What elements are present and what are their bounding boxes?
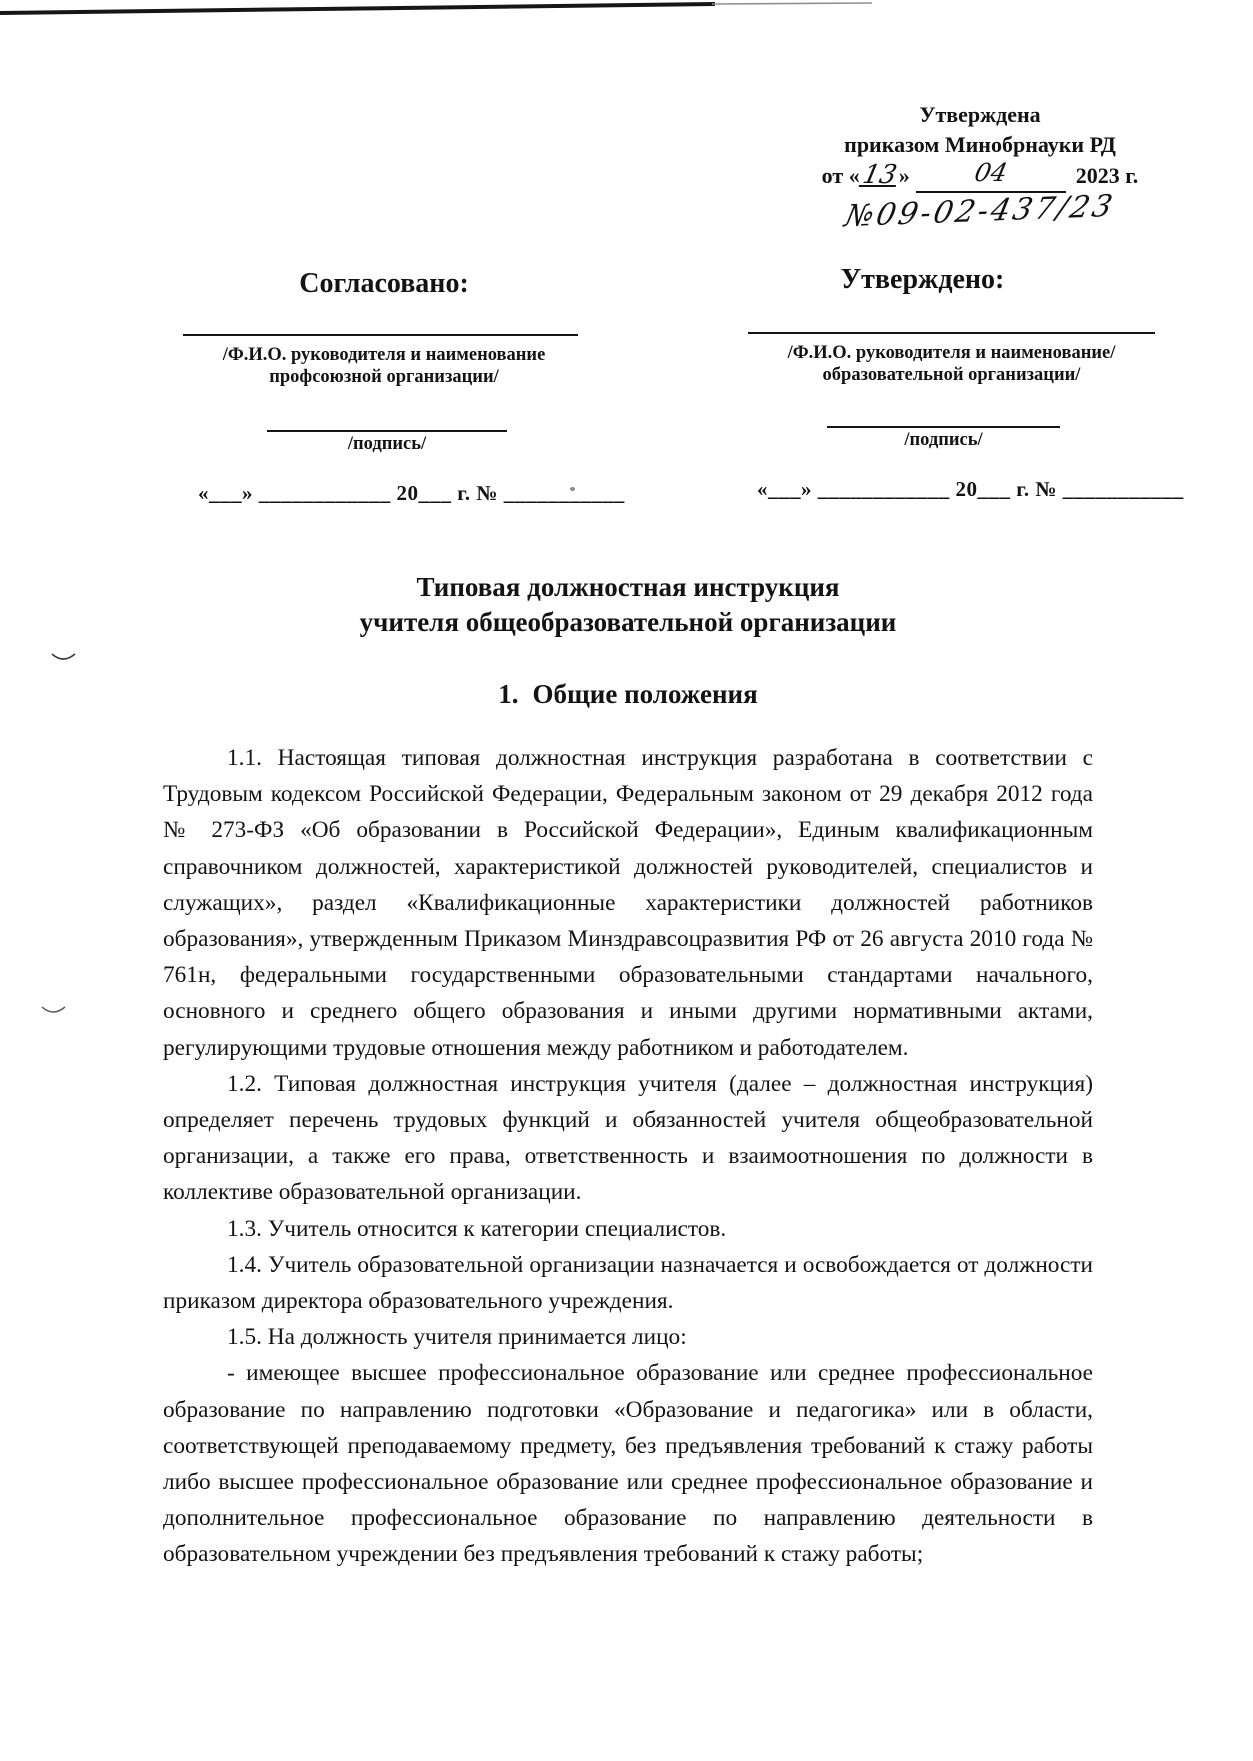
approved-name-line (748, 332, 1155, 334)
section-heading: 1.Общие положения (163, 678, 1093, 710)
handwritten-month: 04 (973, 163, 1009, 183)
agreed-caption: /Ф.И.О. руководителя и наименование проф… (168, 344, 600, 388)
paragraph-1-2: 1.2. Типовая должностная инструкция учит… (163, 1066, 1093, 1211)
section-number: 1. (498, 679, 518, 709)
paragraph-1-1: 1.1. Настоящая типовая должностная инстр… (163, 740, 1093, 1066)
agreed-signature-block: /подпись/ (267, 430, 507, 456)
stamp-date-close-quote: » (899, 163, 910, 188)
paragraph-1-5: 1.5. На должность учителя принимается ли… (163, 1319, 1093, 1355)
paragraph-1-4: 1.4. Учитель образовательной организации… (163, 1247, 1093, 1319)
agreed-name-line (183, 334, 578, 336)
stamp-year: 2023 г. (1076, 163, 1139, 188)
document-body: 1.1. Настоящая типовая должностная инстр… (163, 740, 1093, 1573)
approval-stamp: Утверждена приказом Минобрнауки РД от «1… (770, 100, 1190, 229)
margin-squiggle-mark (50, 650, 80, 671)
stamp-line-approved: Утверждена (770, 100, 1190, 130)
margin-squiggle-mark (40, 1003, 70, 1024)
document-title: Типовая должностная инструкция учителя о… (163, 570, 1093, 640)
paragraph-1-5-item: - имеющее высшее профессиональное образо… (163, 1355, 1093, 1572)
stamp-date-prefix: от « (822, 163, 860, 188)
approved-signature-block: /подпись/ (827, 426, 1060, 452)
approved-date-blank: «___» ____________ 20___ г. № __________… (757, 477, 1184, 502)
scanned-document-page: Утверждена приказом Минобрнауки РД от «1… (0, 0, 1253, 1761)
document-title-line2: учителя общеобразовательной организации (163, 605, 1093, 640)
scan-dot-artifact (570, 487, 575, 491)
agreed-date-blank: «___» ____________ 20___ г. № __________… (198, 481, 625, 506)
scan-artifact-line (0, 0, 900, 20)
section-title: Общие положения (533, 679, 758, 709)
agreed-title: Согласовано: (168, 268, 600, 300)
approved-column: Утверждено: /Ф.И.О. руководителя и наиме… (690, 264, 1155, 386)
agreed-column: Согласовано: /Ф.И.О. руководителя и наим… (168, 268, 600, 388)
stamp-month-blank: 04 (916, 161, 1066, 193)
document-title-line1: Типовая должностная инструкция (163, 570, 1093, 605)
approved-signature-caption: /подпись/ (827, 428, 1060, 452)
approved-caption-line2: образовательной организации/ (748, 364, 1155, 386)
approved-caption: /Ф.И.О. руководителя и наименование/ обр… (748, 342, 1155, 386)
handwritten-order-number: №09-02-437/23 (842, 192, 1118, 233)
approved-caption-line1: /Ф.И.О. руководителя и наименование/ (748, 342, 1155, 364)
stamp-line-order: приказом Минобрнауки РД (770, 130, 1190, 160)
stamp-date-line: от «13»042023 г. (770, 161, 1190, 193)
agreed-caption-line2: профсоюзной организации/ (168, 366, 600, 388)
paragraph-1-3: 1.3. Учитель относится к категории специ… (163, 1211, 1093, 1247)
agreed-caption-line1: /Ф.И.О. руководителя и наименование (168, 344, 600, 366)
agreed-signature-caption: /подпись/ (267, 432, 507, 456)
approved-title: Утверждено: (690, 264, 1155, 296)
handwritten-day: 13 (858, 165, 900, 187)
